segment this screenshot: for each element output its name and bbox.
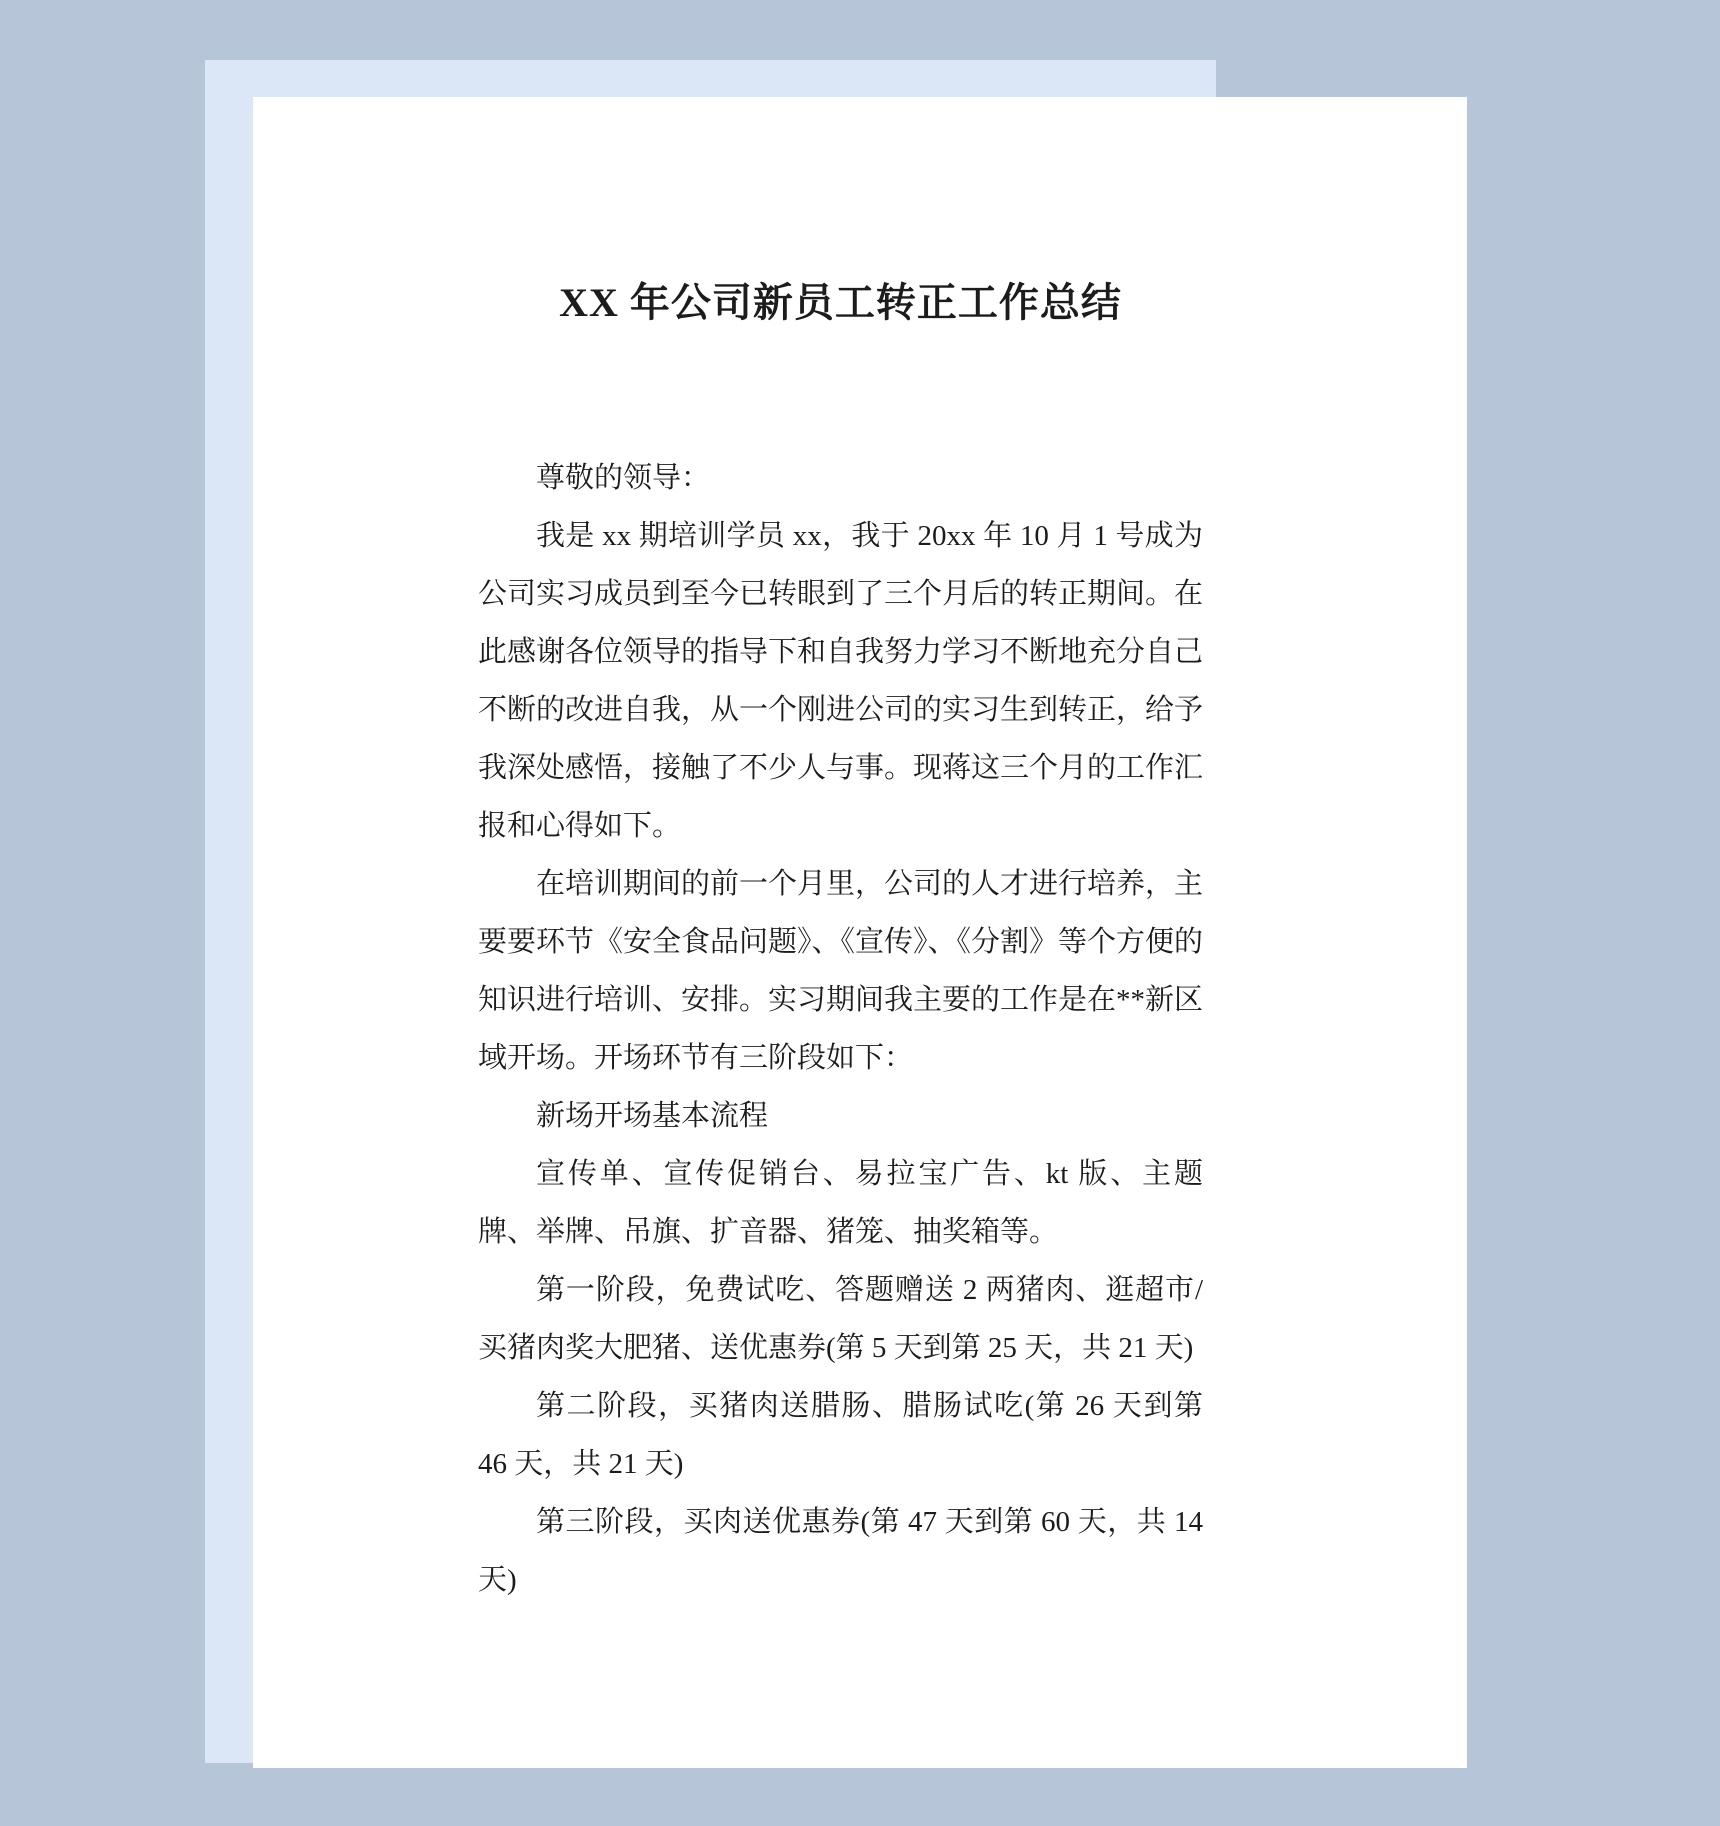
document-body: 尊敬的领导：我是 xx 期培训学员 xx，我于 20xx 年 10 月 1 号成… (478, 449, 1203, 1609)
paragraph: 宣传单、宣传促销台、易拉宝广告、kt 版、主题牌、举牌、吊旗、扩音器、猪笼、抽奖… (478, 1145, 1203, 1261)
document-page: XX 年公司新员工转正工作总结 尊敬的领导：我是 xx 期培训学员 xx，我于 … (253, 97, 1467, 1768)
document-content: XX 年公司新员工转正工作总结 尊敬的领导：我是 xx 期培训学员 xx，我于 … (253, 97, 1467, 1609)
paragraph: 我是 xx 期培训学员 xx，我于 20xx 年 10 月 1 号成为公司实习成… (478, 507, 1203, 855)
document-title: XX 年公司新员工转正工作总结 (478, 277, 1203, 329)
paragraph: 第三阶段，买肉送优惠券(第 47 天到第 60 天，共 14 天) (478, 1493, 1203, 1609)
paragraph: 第一阶段，免费试吃、答题赠送 2 两猪肉、逛超市/买猪肉奖大肥猪、送优惠券(第 … (478, 1261, 1203, 1377)
paragraph: 尊敬的领导： (478, 449, 1203, 507)
desktop-background: { "document": { "title": "XX 年公司新员工转正工作总… (0, 0, 1720, 1826)
paragraph: 第二阶段，买猪肉送腊肠、腊肠试吃(第 26 天到第 46 天，共 21 天) (478, 1377, 1203, 1493)
paragraph: 在培训期间的前一个月里，公司的人才进行培养，主要要环节《安全食品问题》、《宣传》… (478, 855, 1203, 1087)
paragraph: 新场开场基本流程 (478, 1087, 1203, 1145)
